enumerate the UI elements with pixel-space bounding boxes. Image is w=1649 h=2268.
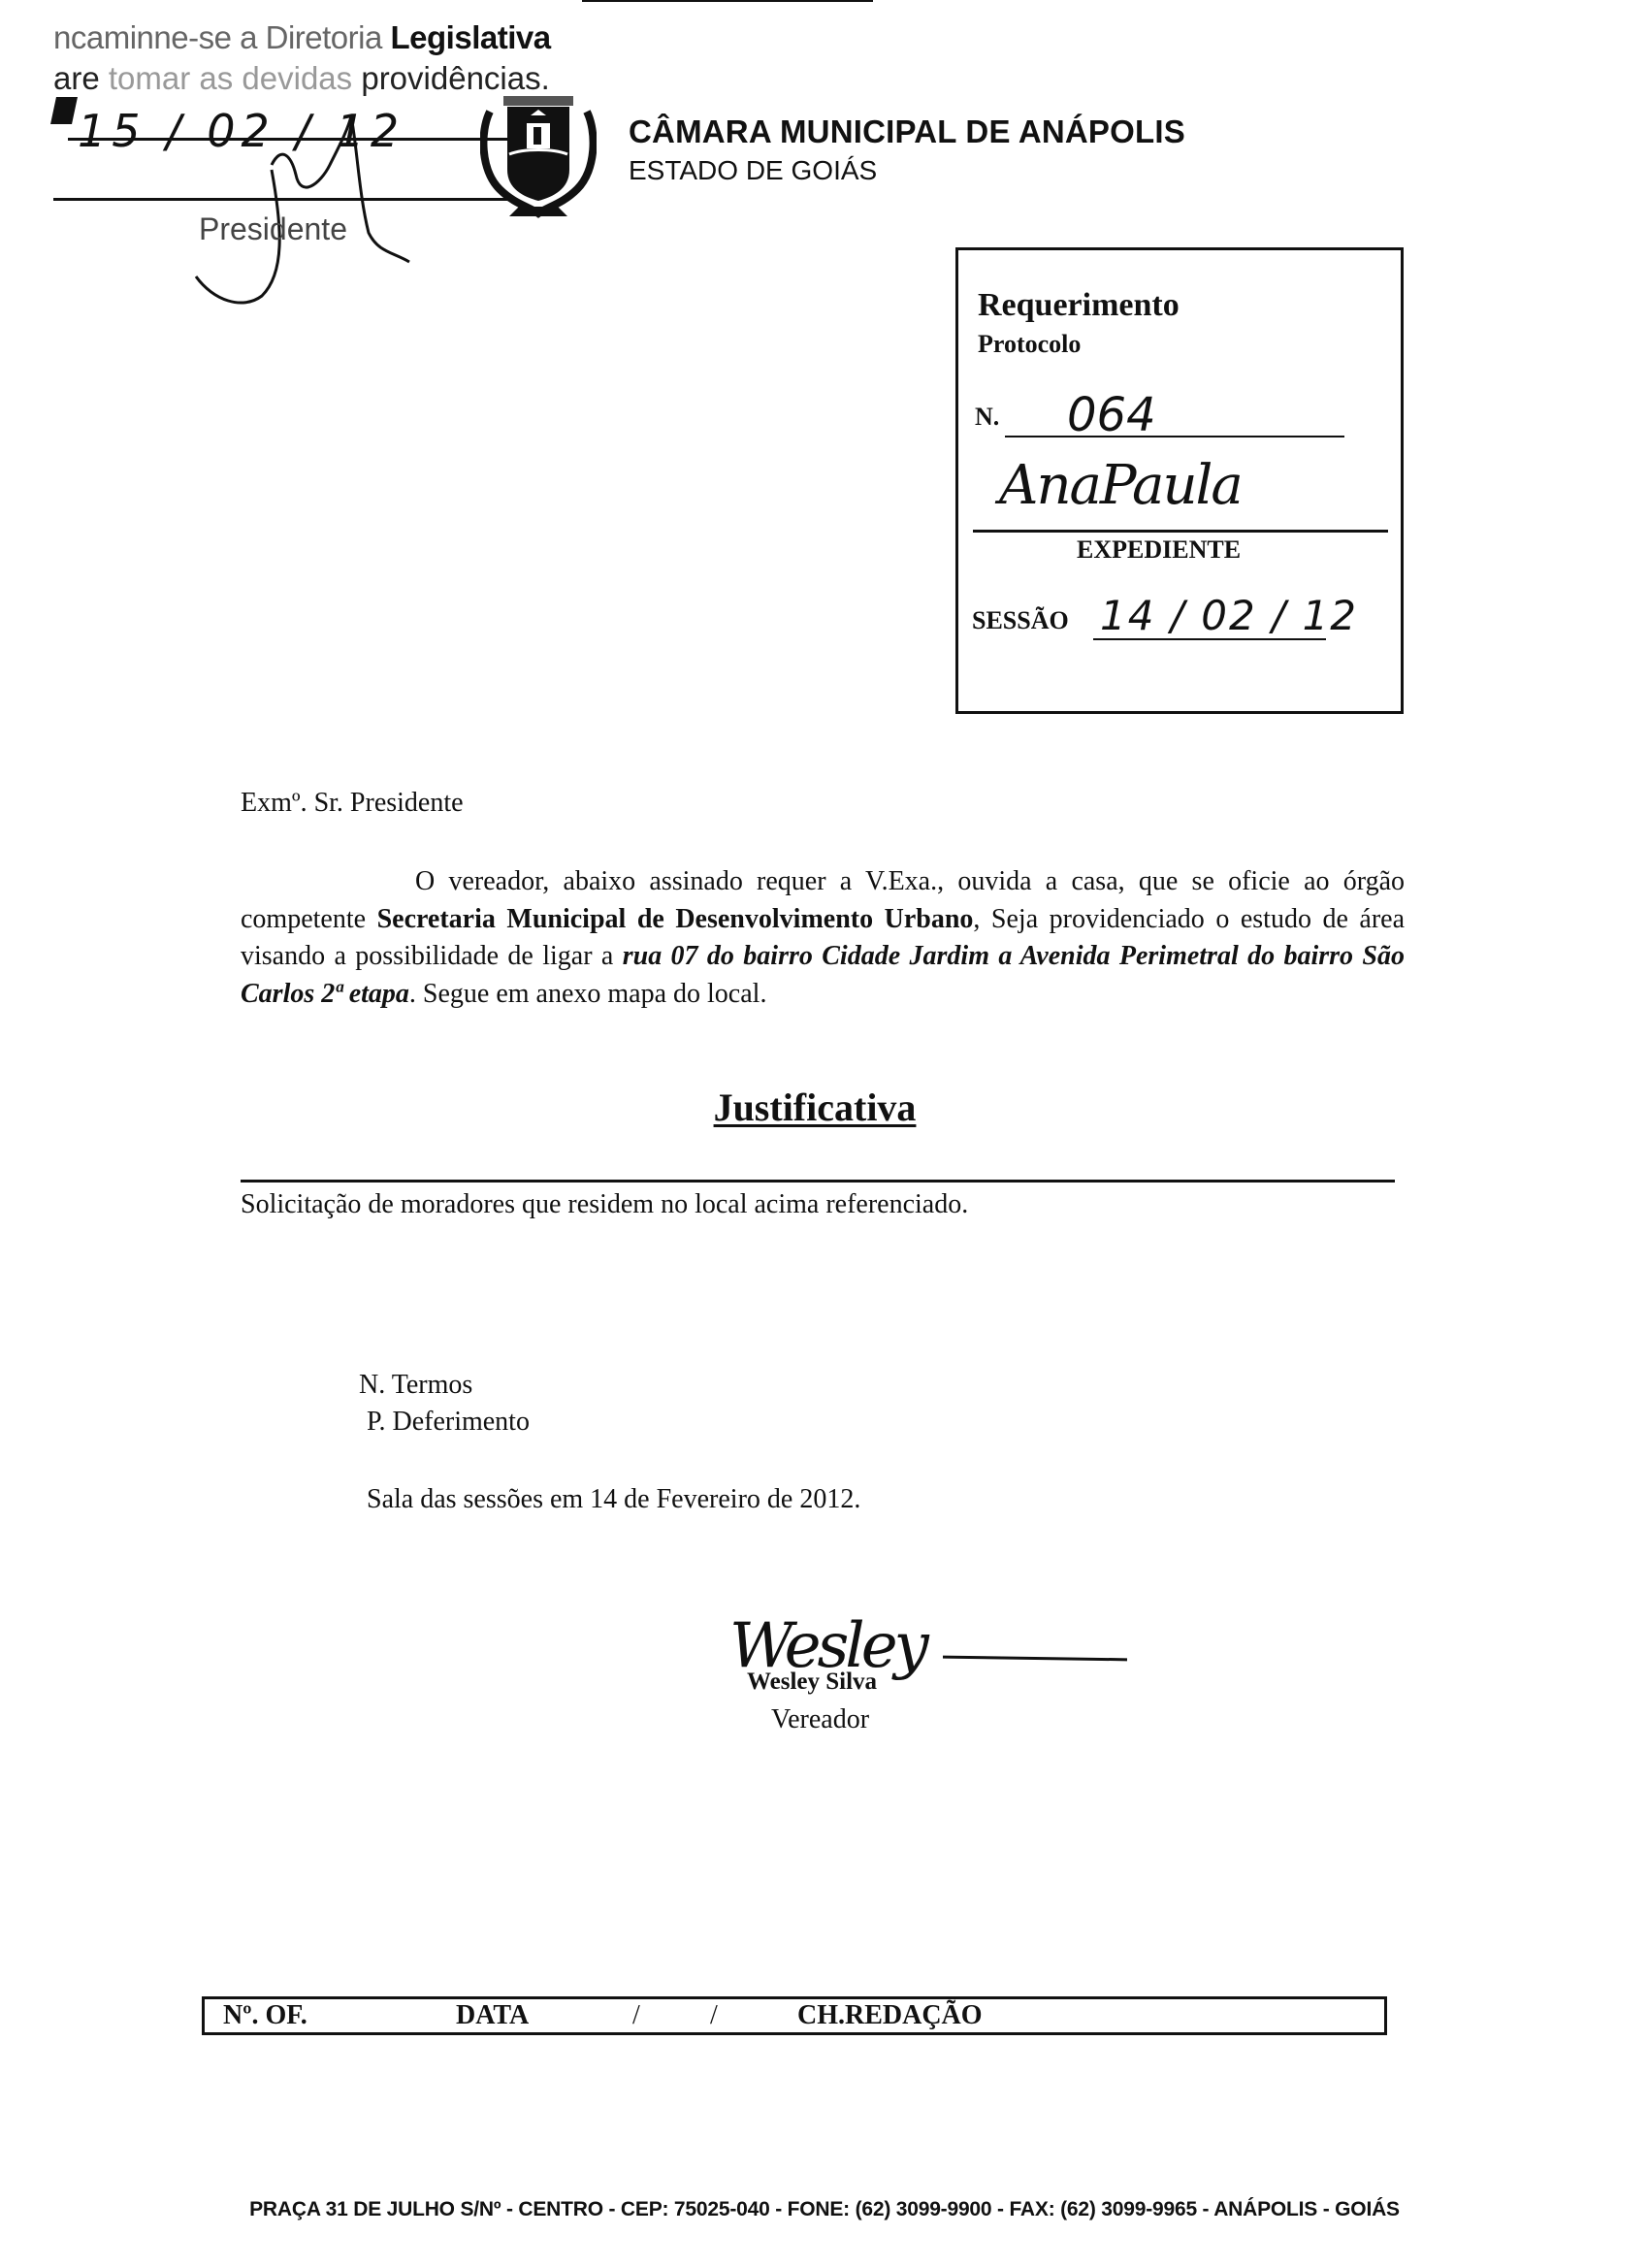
justification-rule <box>241 1180 1395 1183</box>
office-date-separator: / <box>710 2000 718 2031</box>
protocol-expediente-label: EXPEDIENTE <box>1077 535 1241 565</box>
justification-text: Solicitação de moradores que residem no … <box>241 1189 968 1220</box>
institution-subtitle: ESTADO DE GOIÁS <box>629 155 877 186</box>
office-date-separator: / <box>632 2000 640 2031</box>
closing-line-2: P. Deferimento <box>367 1407 530 1438</box>
protocol-number-label: N. <box>975 403 999 432</box>
place-date: Sala das sessões em 14 de Fevereiro de 2… <box>367 1484 860 1515</box>
councilor-name: Wesley Silva <box>747 1669 877 1696</box>
institution-title: CÂMARA MUNICIPAL DE ANÁPOLIS <box>629 113 1185 150</box>
protocol-number-line <box>1005 436 1344 437</box>
president-signature-icon <box>184 107 436 310</box>
stamp-president-label: Presidente <box>199 211 347 247</box>
protocol-session-label: SESSÃO <box>972 606 1069 635</box>
office-number-label: Nº. OF. <box>223 2000 307 2031</box>
signature-stroke <box>943 1656 1127 1662</box>
coat-of-arms-icon <box>480 92 597 218</box>
greeting: Exmº. Sr. Presidente <box>241 788 464 819</box>
protocol-session-value: 14 / 02 / 12 <box>1100 592 1358 639</box>
stamp-line-1-bold: Legislativa <box>391 19 551 55</box>
stamp-line-2: are tomar as devidas providências. <box>53 60 550 97</box>
stamp-mark <box>50 97 78 124</box>
stamp-line-1-text: ncaminne-se a Diretoria <box>53 19 382 55</box>
scan-artifact-line <box>829 0 873 2</box>
stamp-line-2-faded: tomar as devidas <box>100 60 352 96</box>
protocol-subtitle: Protocolo <box>978 330 1081 359</box>
request-paragraph: O vereador, abaixo assinado requer a V.E… <box>241 863 1405 1013</box>
protocol-number-value: 064 <box>1067 388 1156 442</box>
stamp-line-2-start: are <box>53 60 100 96</box>
stamp-line-1: ncaminne-se a Diretoria Legislativa <box>53 19 551 56</box>
paragraph-organ: Secretaria Municipal de Desenvolvimento … <box>377 904 974 934</box>
office-redaction-label: CH.REDAÇÃO <box>797 2000 983 2031</box>
paragraph-text-3: . Segue em anexo mapa do local. <box>409 979 767 1009</box>
protocol-session-line <box>1093 638 1326 640</box>
justification-heading: Justificativa <box>0 1085 1630 1130</box>
protocol-signature: AnaPaula <box>999 454 1242 517</box>
protocol-title: Requerimento <box>978 287 1180 324</box>
closing-line-1: N. Termos <box>359 1370 472 1401</box>
footer-address: PRAÇA 31 DE JULHO S/Nº - CENTRO - CEP: 7… <box>0 2198 1649 2221</box>
scan-artifact-line <box>768 0 807 2</box>
office-date-label: DATA <box>456 2000 529 2031</box>
stamp-line-2-end: providências. <box>361 60 549 96</box>
office-record-box <box>202 1996 1387 2035</box>
councilor-role: Vereador <box>771 1704 869 1735</box>
protocol-signature-line <box>973 530 1388 533</box>
